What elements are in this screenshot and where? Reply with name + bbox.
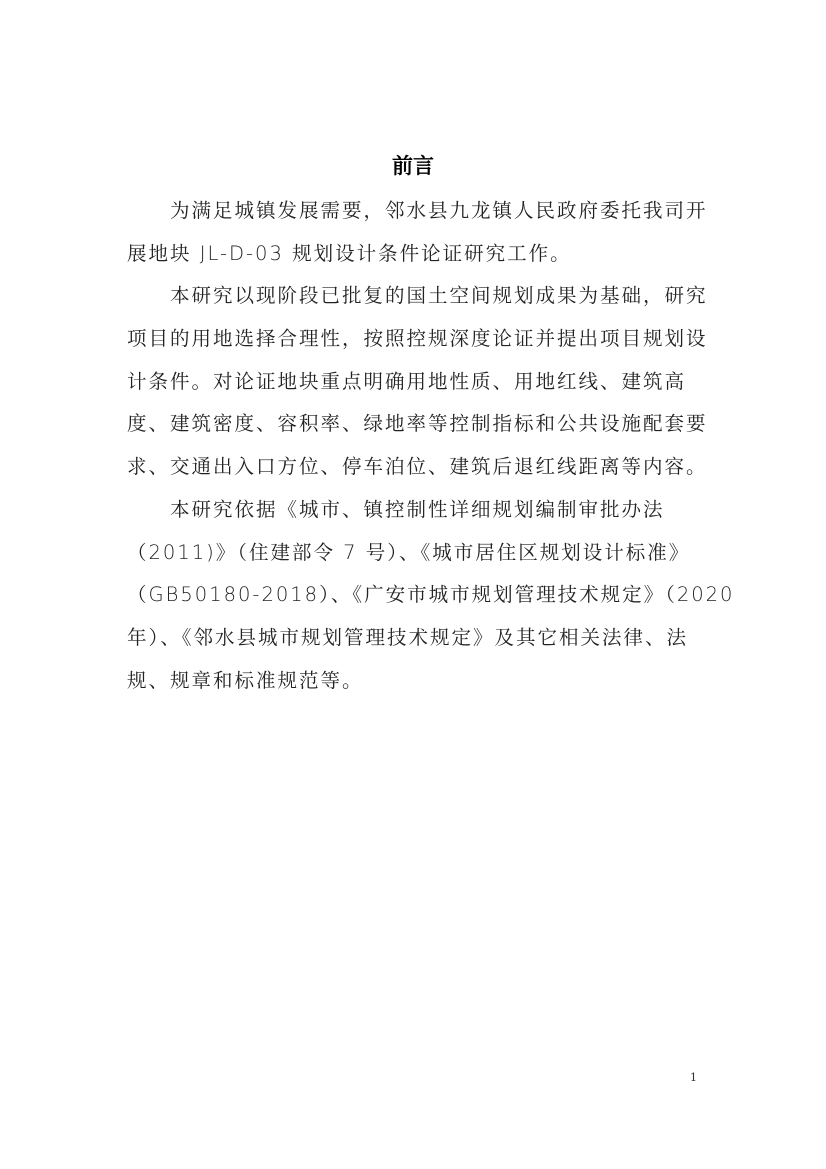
text-line: 展地块 JL-D-03 规划设计条件论证研究工作。 — [127, 233, 692, 276]
text-line: （GB50180-2018）、《广安市城市规划管理技术规定》（2020 — [127, 574, 692, 617]
text-line: 度、建筑密度、容积率、绿地率等控制指标和公共设施配套要 — [127, 403, 692, 446]
paragraph-3: 本研究依据《城市、镇控制性详细规划编制审批办法 （2011)》（住建部令 7 号… — [127, 489, 692, 702]
text-line: 年）、《邻水县城市规划管理技术规定》及其它相关法律、法 — [127, 617, 692, 660]
paragraph-2: 本研究以现阶段已批复的国土空间规划成果为基础，研究 项目的用地选择合理性，按照控… — [127, 275, 692, 488]
text-line: 规、规章和标准规范等。 — [127, 660, 692, 703]
text-line: 计条件。对论证地块重点明确用地性质、用地红线、建筑高 — [127, 361, 692, 404]
document-page: 前言 为满足城镇发展需要，邻水县九龙镇人民政府委托我司开 展地块 JL-D-03… — [0, 0, 826, 1169]
text-line: 本研究依据《城市、镇控制性详细规划编制审批办法 — [127, 489, 692, 532]
text-line: 求、交通出入口方位、停车泊位、建筑后退红线距离等内容。 — [127, 446, 692, 489]
page-number: 1 — [690, 1071, 697, 1084]
text-line: 为满足城镇发展需要，邻水县九龙镇人民政府委托我司开 — [127, 190, 692, 233]
document-body: 为满足城镇发展需要，邻水县九龙镇人民政府委托我司开 展地块 JL-D-03 规划… — [127, 190, 692, 702]
paragraph-1: 为满足城镇发展需要，邻水县九龙镇人民政府委托我司开 展地块 JL-D-03 规划… — [127, 190, 692, 275]
page-title: 前言 — [0, 150, 826, 182]
text-line: （2011)》（住建部令 7 号）、《城市居住区规划设计标准》 — [127, 532, 692, 575]
text-line: 项目的用地选择合理性，按照控规深度论证并提出项目规划设 — [127, 318, 692, 361]
text-line: 本研究以现阶段已批复的国土空间规划成果为基础，研究 — [127, 275, 692, 318]
